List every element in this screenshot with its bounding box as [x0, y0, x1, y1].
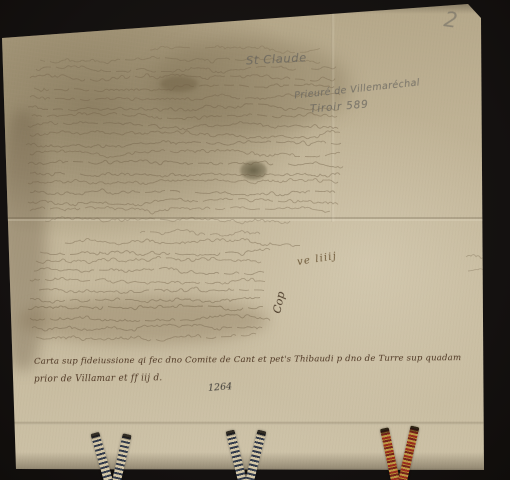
- photo-background: Carta sup fideiussione qi fec dno Comite…: [0, 0, 510, 480]
- faded-manuscript-text: [0, 0, 510, 480]
- endorsement-line-2: prior de Villamar et ff iij d.: [34, 373, 163, 384]
- parchment-document: Carta sup fideiussione qi fec dno Comite…: [0, 0, 510, 480]
- date-notation: 1264: [208, 381, 233, 394]
